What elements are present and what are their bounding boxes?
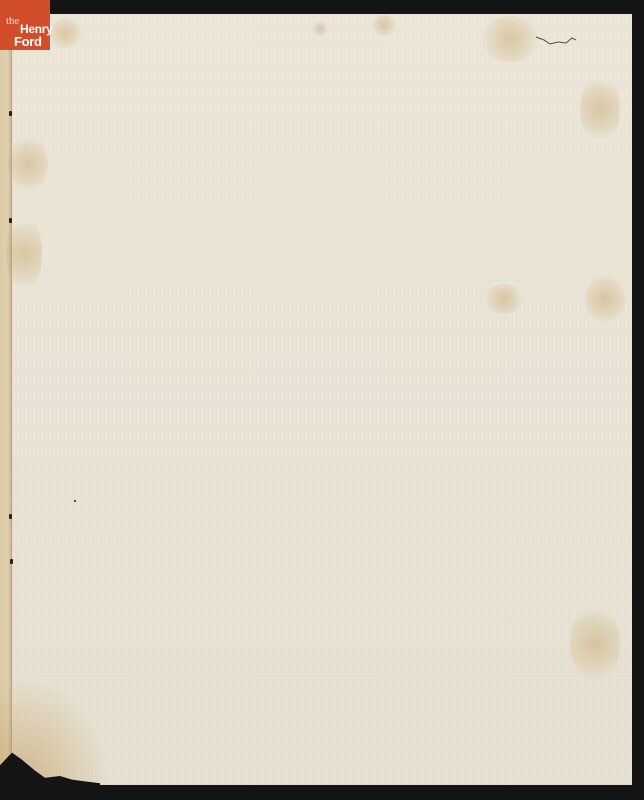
stain <box>480 16 540 62</box>
document-page <box>0 14 632 785</box>
binding-hole <box>9 514 12 519</box>
stain <box>484 284 524 314</box>
stain <box>580 74 620 144</box>
stain <box>6 214 42 294</box>
paper-crack <box>536 34 576 46</box>
binding-hole <box>10 559 13 564</box>
ink-dot <box>74 500 76 502</box>
stain <box>48 18 82 48</box>
logo-text-ford: Ford <box>14 35 42 48</box>
logo-text-the: the <box>6 16 19 27</box>
henry-ford-logo: the Henry Ford <box>0 0 50 50</box>
stain <box>372 14 396 36</box>
stain <box>8 134 48 194</box>
fold-line <box>11 14 12 785</box>
stain <box>570 604 620 684</box>
stain <box>312 22 328 36</box>
binding-hole <box>9 111 12 116</box>
stain <box>585 274 625 324</box>
